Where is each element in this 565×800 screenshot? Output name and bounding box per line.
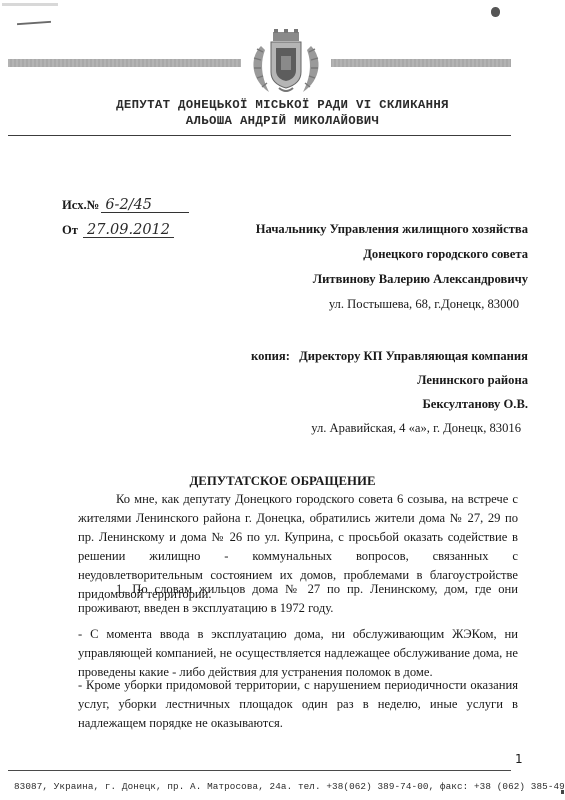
copy-label: копия: [251, 349, 290, 364]
paragraph: - Кроме уборки придомовой территории, с … [78, 676, 518, 733]
letterhead-name: АЛЬОША АНДРІЙ МИКОЛАЙОВИЧ [0, 114, 565, 128]
divider [8, 770, 511, 771]
copy-name: Бексултанову О.В. [422, 397, 528, 412]
paragraph: 1. По словам жильцов дома № 27 по пр. Ле… [78, 580, 518, 618]
outgoing-date: От27.09.2012 [62, 223, 174, 238]
footer-contacts: 83087, Украина, г. Донецк, пр. А. Матрос… [14, 781, 565, 792]
addressee-organization: Донецкого городского совета [363, 247, 528, 262]
copy-position: Директору КП Управляющая компания [299, 349, 528, 364]
copy-organization: Ленинского района [417, 373, 528, 388]
outgoing-number: Исх.№6-2/45 [62, 198, 189, 213]
scan-artifact [491, 7, 500, 17]
letterhead-title: ДЕПУТАТ ДОНЕЦЬКОЇ МІСЬКОЇ РАДИ VI СКЛИКА… [0, 98, 565, 112]
scan-artifact [561, 790, 564, 794]
divider [8, 135, 511, 136]
outgoing-date-value: 27.09.2012 [83, 224, 174, 238]
scan-artifact [2, 3, 58, 6]
outgoing-number-value: 6-2/45 [101, 199, 189, 213]
addressee-address: ул. Постышева, 68, г.Донецк, 83000 [329, 297, 519, 312]
coat-of-arms-icon [241, 28, 331, 96]
outgoing-date-label: От [62, 223, 78, 237]
paragraph: - С момента ввода в эксплуатацию дома, н… [78, 625, 518, 682]
document-title: ДЕПУТАТСКОЕ ОБРАЩЕНИЕ [0, 474, 565, 489]
outgoing-number-label: Исх.№ [62, 198, 99, 212]
addressee-name: Литвинову Валерию Александровичу [313, 272, 528, 287]
copy-address: ул. Аравийская, 4 «а», г. Донецк, 83016 [311, 421, 521, 436]
page-number: 1 [515, 752, 523, 766]
addressee-position: Начальнику Управления жилищного хозяйств… [256, 222, 528, 237]
scan-artifact [17, 21, 51, 25]
